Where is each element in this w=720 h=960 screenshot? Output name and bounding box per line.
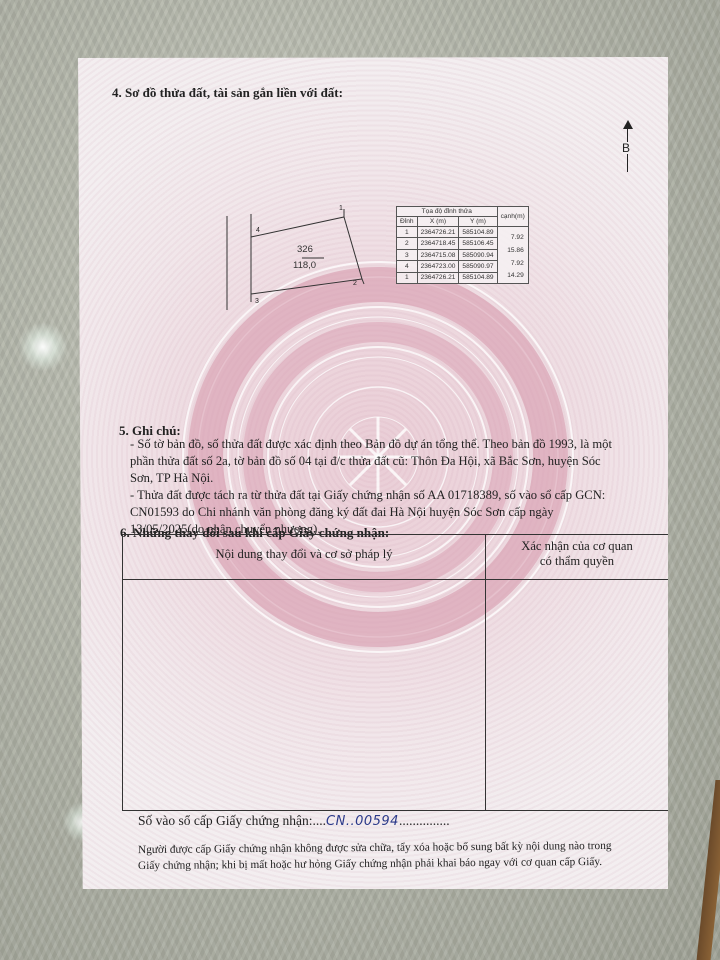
authority-confirmation-header: Xác nhận của cơ quan có thẩm quyền — [485, 539, 669, 569]
y-cell: 585104.89 — [459, 272, 497, 283]
north-arrow: B — [621, 120, 635, 172]
note-2-line-2: CN01593 do Chi nhánh văn phòng đăng ký đ… — [130, 504, 554, 521]
parcel-shape-icon — [218, 200, 378, 310]
edge-length: 15.86 — [502, 245, 524, 258]
registry-dots: ............... — [399, 813, 450, 828]
arrow-up-icon — [623, 120, 633, 129]
registry-number-line: Số vào sổ cấp Giấy chứng nhận:....CN..00… — [138, 813, 450, 829]
y-header: Y (m) — [459, 217, 497, 227]
changes-table: Nội dung thay đổi và cơ sở pháp lý Xác n… — [122, 534, 670, 811]
vertex-cell: 4 — [397, 261, 418, 272]
edge-length: 7.92 — [502, 232, 524, 245]
coord-group-header: Tọa độ đỉnh thửa — [397, 207, 498, 217]
vertex-header: Đỉnh — [397, 217, 418, 227]
y-cell: 585104.89 — [459, 227, 497, 238]
y-cell: 585090.94 — [459, 249, 497, 260]
column-divider — [485, 535, 486, 810]
registry-label: Số vào sổ cấp Giấy chứng nhận:.... — [138, 813, 326, 828]
x-cell: 2364715.08 — [417, 249, 459, 260]
x-cell: 2364726.21 — [417, 272, 459, 283]
vertex-label-4: 4 — [256, 227, 260, 234]
note-1-line-2: phần thửa đất số 2a, tờ bản đồ số 04 tại… — [130, 453, 601, 470]
edge-header: cạnh(m) — [497, 207, 528, 227]
vertex-cell: 2 — [397, 238, 418, 249]
light-reflection — [18, 322, 68, 372]
vertex-cell: 1 — [397, 272, 418, 283]
x-cell: 2364718.45 — [417, 238, 459, 249]
x-cell: 2364723.00 — [417, 261, 459, 272]
header-divider — [123, 579, 669, 580]
land-certificate-page: 4. Sơ đồ thửa đất, tài sản gắn liền với … — [78, 57, 668, 889]
changes-content-header: Nội dung thay đổi và cơ sở pháp lý — [123, 547, 485, 562]
vertex-cell: 3 — [397, 249, 418, 260]
vertex-label-1: 1 — [339, 205, 343, 212]
y-cell: 585090.97 — [459, 261, 497, 272]
edge-length: 7.92 — [502, 258, 524, 271]
coordinate-table: Tọa độ đỉnh thửa cạnh(m) Đỉnh X (m) Y (m… — [396, 206, 529, 284]
edge-lengths-cell: 7.92 15.86 7.92 14.29 — [497, 227, 528, 284]
vertex-cell: 1 — [397, 227, 418, 238]
x-header: X (m) — [417, 217, 459, 227]
parcel-plot: 326 118,0 1 2 3 4 — [218, 200, 378, 310]
x-cell: 2364726.21 — [417, 227, 459, 238]
north-label: B — [622, 142, 630, 154]
table-row: 1 2364726.21 585104.89 7.92 15.86 7.92 1… — [397, 227, 529, 238]
section4-title: 4. Sơ đồ thửa đất, tài sản gắn liền với … — [112, 85, 343, 101]
authority-header-line-2: có thẩm quyền — [485, 554, 669, 569]
vertex-label-2: 2 — [353, 280, 357, 287]
edge-length: 14.29 — [502, 270, 524, 283]
registry-handwritten-value: CN..00594 — [326, 814, 399, 829]
authority-header-line-1: Xác nhận của cơ quan — [485, 539, 669, 554]
parcel-area: 118,0 — [293, 260, 316, 271]
parcel-number: 326 — [297, 244, 313, 255]
note-1-line-1: - Số tờ bản đồ, số thửa đất được xác địn… — [130, 436, 612, 453]
vertex-label-3: 3 — [255, 298, 259, 305]
note-2-line-1: - Thửa đất được tách ra từ thửa đất tại … — [130, 487, 605, 504]
footer-warning-line-2: Giấy chứng nhận; khi bị mất hoặc hư hỏng… — [138, 854, 602, 874]
note-1-line-3: Sơn, TP Hà Nội. — [130, 470, 213, 487]
y-cell: 585106.45 — [459, 238, 497, 249]
